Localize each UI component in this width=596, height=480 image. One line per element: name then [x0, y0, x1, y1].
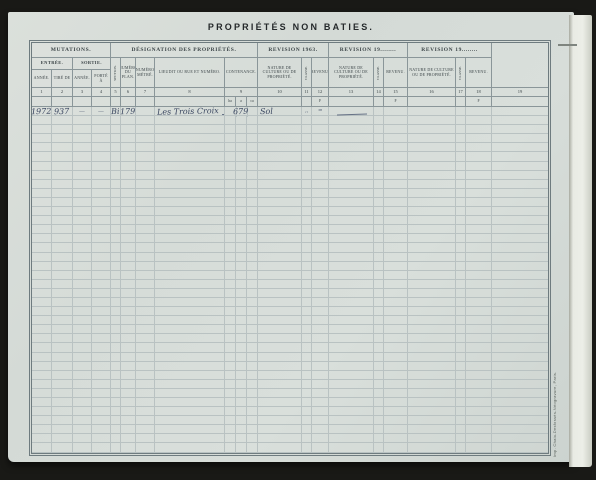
table-row: [32, 334, 548, 343]
entry-lieudit: Les Trois Croix: [157, 106, 219, 117]
table-row: [32, 416, 548, 425]
column-number: 4: [92, 88, 111, 97]
unit-ca: ca: [247, 97, 258, 107]
table-row: [32, 371, 548, 380]
table-row: [32, 180, 548, 189]
column-number: 17: [456, 88, 466, 97]
column-number: 1: [32, 88, 52, 97]
table-row: [32, 134, 548, 143]
table-body: 1972 937 — — Bi 179 Les Trois Croix 679 …: [32, 107, 548, 453]
column-header-numero-plan: NUMÉRO DU PLAN.: [121, 58, 136, 88]
column-header-revenu-2: REVENU.: [384, 58, 408, 88]
table-row: [32, 280, 548, 289]
column-number: 5: [111, 88, 121, 97]
column-19-blank-header: [492, 43, 548, 88]
entry-tire-de: 937: [54, 107, 70, 116]
table-row: [32, 434, 548, 443]
entry-annee-sortie: —: [79, 107, 85, 117]
column-header-classe-1: CLASSE.: [302, 58, 312, 88]
column-header-classe-3: CLASSE.: [456, 58, 466, 88]
column-number: 6: [121, 88, 136, 97]
table-row: [32, 162, 548, 171]
underlying-page-edge: [569, 15, 592, 467]
table-row: [32, 353, 548, 362]
table-row: [32, 189, 548, 198]
column-header-classe-2: CLASSE.: [374, 58, 384, 88]
table-row: [32, 207, 548, 216]
column-header-nature-3: NATURE DE CULTURE OU DE PROPRIÉTÉ.: [408, 58, 456, 88]
column-header-annee-sortie: ANNÉE.: [73, 70, 92, 88]
column-header-numero-metre: NUMÉRO MÉTRÉ.: [136, 58, 155, 88]
column-header-lieudit: LIEUDIT OU RUE ET NUMÉRO.: [155, 58, 225, 88]
band-revision-19a: REVISION 19........: [329, 43, 408, 58]
entry-nature: Sol: [260, 107, 273, 116]
band-mutations: MUTATIONS.: [32, 43, 111, 58]
column-number: 10: [258, 88, 302, 97]
pen-stroke: [222, 113, 224, 115]
unit-ha: ha: [225, 97, 236, 107]
fold-dash-mark: [558, 44, 577, 46]
table-row: [32, 234, 548, 243]
printer-credit: Imp. Chaix-Desfossés-Néogravure, Paris.: [552, 335, 557, 457]
table-row: [32, 325, 548, 334]
column-number: 8: [155, 88, 225, 97]
entry-numero-plan: 179: [120, 107, 136, 116]
column-number: 19: [492, 88, 548, 97]
table-row: [32, 271, 548, 280]
table-row: [32, 152, 548, 161]
column-number: 7: [136, 88, 155, 97]
table-row: [32, 198, 548, 207]
column-number: 12: [312, 88, 329, 97]
table-header: MUTATIONS. DÉSIGNATION DES PROPRIÉTÉS. R…: [32, 43, 548, 107]
column-number: 2: [52, 88, 73, 97]
subband-entree: ENTRÉE.: [32, 58, 73, 70]
column-header-annee-entree: ANNÉE.: [32, 70, 52, 88]
column-header-nature-2: NATURE DE CULTURE OU DE PROPRIÉTÉ.: [329, 58, 374, 88]
band-designation: DÉSIGNATION DES PROPRIÉTÉS.: [111, 43, 258, 58]
entry-contenance: 679: [233, 107, 249, 116]
column-number: 11: [302, 88, 312, 97]
table-row: [32, 225, 548, 234]
column-header-contenance: CONTENANCE.: [225, 58, 258, 88]
column-number: 15: [384, 88, 408, 97]
column-number: 18: [466, 88, 492, 97]
entry-classe-mark: ,,: [305, 107, 309, 115]
column-number: 3: [73, 88, 92, 97]
column-number: 14: [374, 88, 384, 97]
entry-section: Bi: [111, 107, 120, 116]
entry-porte-a: —: [98, 107, 104, 117]
column-header-nature-1: NATURE DE CULTURE OU DE PROPRIÉTÉ.: [258, 58, 302, 88]
unit-francs: F: [466, 97, 492, 107]
table-row: [32, 389, 548, 398]
table-row: [32, 216, 548, 225]
unit-francs: F: [312, 97, 329, 107]
column-number: 9: [225, 88, 258, 97]
pen-stroke: [337, 112, 367, 115]
table-row: [32, 171, 548, 180]
table-row: [32, 343, 548, 352]
column-header-section: SECTION.: [111, 58, 121, 88]
unit-a: a: [236, 97, 247, 107]
band-revision-19b: REVISION 19........: [408, 43, 492, 58]
entry-row: 1972 937 — — Bi 179 Les Trois Croix 679 …: [32, 107, 548, 116]
table-row: [32, 116, 548, 125]
cadastral-table: MUTATIONS. DÉSIGNATION DES PROPRIÉTÉS. R…: [29, 40, 551, 456]
table-row: [32, 243, 548, 252]
band-revision-1963: REVISION 1963.: [258, 43, 329, 58]
entry-revenu-mark: =: [318, 107, 323, 115]
column-header-porte-a: PORTÉ À: [92, 70, 111, 88]
entry-annee: 1972: [31, 107, 52, 117]
table-row: [32, 307, 548, 316]
column-header-tire-de: TIRÉ DE: [52, 70, 73, 88]
table-row: [32, 398, 548, 407]
table-row: [32, 143, 548, 152]
column-header-revenu-1: REVENU.: [312, 58, 329, 88]
column-number: 16: [408, 88, 456, 97]
table-row: [32, 262, 548, 271]
table-row: [32, 253, 548, 262]
column-number: 13: [329, 88, 374, 97]
unit-francs: F: [384, 97, 408, 107]
table-row: [32, 125, 548, 134]
page-title: PROPRIÉTÉS NON BATIES.: [0, 22, 582, 32]
table-row: [32, 316, 548, 325]
table-row: [32, 362, 548, 371]
subband-sortie: SORTIE.: [73, 58, 111, 70]
table-row: [32, 298, 548, 307]
table-row: [32, 425, 548, 434]
table-row: [32, 289, 548, 298]
table-row: [32, 443, 548, 452]
column-header-revenu-3: REVENU.: [466, 58, 492, 88]
table-row: [32, 407, 548, 416]
table-row: [32, 380, 548, 389]
